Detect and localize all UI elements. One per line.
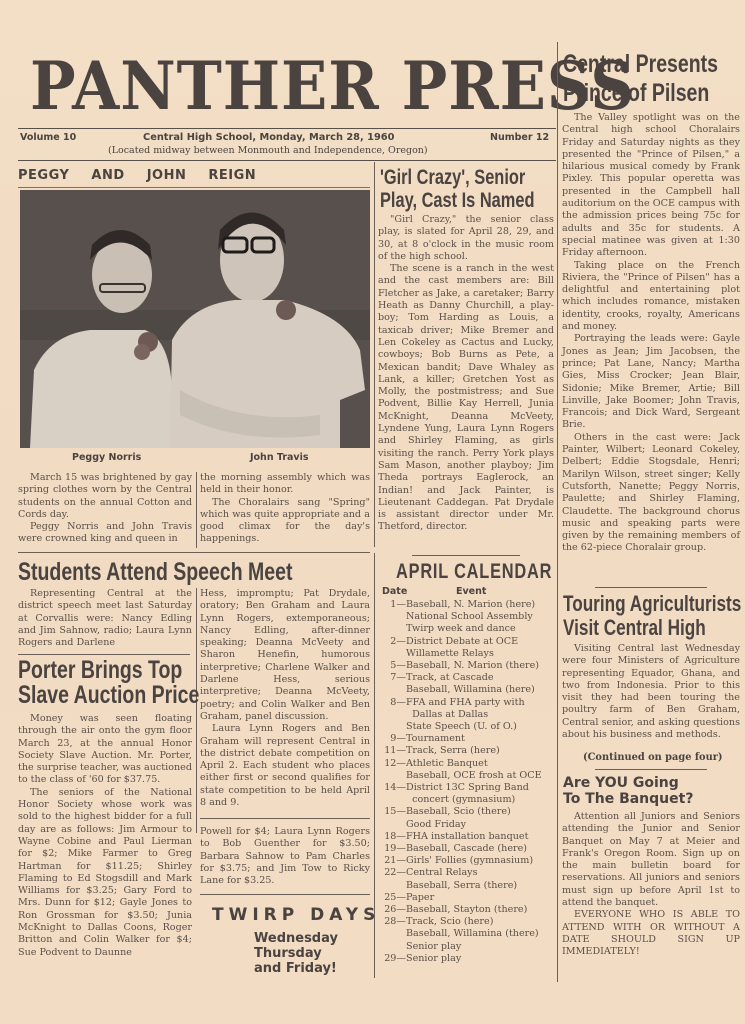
banquet-caps-paragraph: EVERYONE WHO IS ABLE TO ATTEND WITH OR W… (562, 909, 740, 958)
reign-paragraph: the morning assembly which was held in t… (200, 472, 370, 497)
calendar-event: Track, Scio (here) (406, 916, 558, 928)
agri-headline-line2: Visit Central High (563, 616, 741, 640)
girl-crazy-paragraph: The scene is a ranch in the west and the… (378, 263, 554, 534)
photo-caption-john: John Travis (250, 452, 309, 463)
calendar-row: 11—Track, Serra (here) (378, 745, 558, 757)
masthead-rule-top (18, 128, 556, 129)
reign-story-col2: the morning assembly which was held in t… (200, 472, 370, 546)
location-line: (Located midway between Monmouth and Ind… (108, 145, 428, 156)
auction-paragraph: Powell for $4; Laura Lynn Rogers to Bob … (200, 826, 370, 887)
pilsen-paragraph: Portraying the leads were: Gayle Jones a… (562, 333, 740, 431)
king-queen-photo (20, 190, 370, 448)
calendar-date (378, 880, 406, 892)
calendar-event: Paper (406, 892, 558, 904)
calendar-event: District 13C Spring Band (406, 782, 558, 794)
volume-label: Volume 10 (20, 132, 76, 143)
calendar-event: Baseball, Serra (there) (406, 880, 558, 892)
calendar-date: 28— (378, 916, 406, 928)
auction-paragraph: The seniors of the National Honor Societ… (18, 787, 192, 959)
calendar-date (378, 794, 406, 806)
pilsen-headline-line2: Prince of Pilsen (563, 79, 718, 108)
calendar-row: 29—Senior play (378, 953, 558, 965)
twirp-days: Wednesday Thursday and Friday! (254, 931, 338, 976)
calendar-row: State Speech (U. of O.) (378, 721, 558, 733)
agri-rule (595, 769, 707, 770)
speech-story-col2: Hess, impromptu; Pat Drydale, oratory; B… (200, 588, 370, 809)
calendar-date (378, 819, 406, 831)
calendar-event: Senior play (406, 941, 558, 953)
calendar-row: 1—Baseball, N. Marion (here) (378, 599, 558, 611)
calendar-row: 5—Baseball, N. Marion (there) (378, 660, 558, 672)
calendar-row: Willamette Relays (378, 648, 558, 660)
banquet-paragraph: Attention all Juniors and Seniors attend… (562, 811, 740, 909)
issue-number: Number 12 (490, 132, 549, 143)
banquet-headline-line1: Are YOU Going (563, 775, 693, 791)
column-divider-middle-top (374, 162, 375, 547)
calendar-event: Tournament (406, 733, 558, 745)
calendar-date (378, 684, 406, 696)
speech-paragraph: Hess, impromptu; Pat Drydale, oratory; B… (200, 588, 370, 723)
reign-rule (18, 187, 370, 188)
calendar-date (378, 623, 406, 635)
calendar-date: 25— (378, 892, 406, 904)
calendar-row: Baseball, OCE frosh at OCE (378, 770, 558, 782)
calendar-event: Twirp week and dance (406, 623, 558, 635)
calendar-row: Dallas at Dallas (378, 709, 558, 721)
calendar-row: 15—Baseball, Scio (there) (378, 806, 558, 818)
reign-bottom-rule (18, 552, 370, 553)
speech-headline: Students Attend Speech Meet (18, 558, 292, 587)
calendar-row: 18—FHA installation banquet (378, 831, 558, 843)
calendar-date: 12— (378, 758, 406, 770)
calendar-date: 1— (378, 599, 406, 611)
auction-paragraph: Money was seen floating through the air … (18, 713, 192, 787)
twirp-day: Wednesday (254, 931, 338, 946)
calendar-row: Baseball, Willamina (there) (378, 928, 558, 940)
calendar-event: Baseball, Stayton (there) (406, 904, 558, 916)
calendar-date: 15— (378, 806, 406, 818)
calendar-date: 8— (378, 697, 406, 709)
photo-illustration (20, 190, 370, 448)
calendar-event: Central Relays (406, 867, 558, 879)
calendar-event: National School Assembly (406, 611, 558, 623)
calendar-event: Willamette Relays (406, 648, 558, 660)
calendar-date: 18— (378, 831, 406, 843)
reign-paragraph: March 15 was brightened by gay spring cl… (18, 472, 192, 521)
calendar-row: Good Friday (378, 819, 558, 831)
calendar-row: 14—District 13C Spring Band (378, 782, 558, 794)
school-date-line: Central High School, Monday, March 28, 1… (143, 132, 394, 143)
calendar-event: Track, Serra (here) (406, 745, 558, 757)
newspaper-page: PANTHER PRESS Volume 10 Central High Sch… (0, 0, 745, 1024)
twirp-title: TWIRP DAYS (212, 905, 380, 925)
calendar-date (378, 928, 406, 940)
calendar-date: 2— (378, 636, 406, 648)
calendar-row: 2—District Debate at OCE (378, 636, 558, 648)
auction-headline-line1: Porter Brings Top (18, 658, 199, 683)
calendar-row: concert (gymnasium) (378, 794, 558, 806)
calendar-event-header: Event (456, 586, 486, 597)
calendar-row: Baseball, Serra (there) (378, 880, 558, 892)
calendar-date (378, 770, 406, 782)
calendar-event: FFA and FHA party with (406, 697, 558, 709)
pilsen-rule (595, 587, 707, 588)
calendar-event: Dallas at Dallas (406, 709, 558, 721)
girl-crazy-story: "Girl Crazy," the senior class play, is … (378, 214, 554, 534)
calendar-row: 25—Paper (378, 892, 558, 904)
calendar-date: 9— (378, 733, 406, 745)
calendar-event: Track, at Cascade (406, 672, 558, 684)
agri-headline: Touring Agriculturists Visit Central Hig… (563, 592, 741, 640)
masthead-rule-bottom (18, 160, 556, 161)
agri-headline-line1: Touring Agriculturists (563, 592, 741, 616)
girl-crazy-rule (412, 555, 520, 556)
calendar-header: Date Event (382, 586, 554, 597)
auction-story: Money was seen floating through the air … (18, 713, 192, 959)
calendar-event: Baseball, Cascade (here) (406, 843, 558, 855)
calendar-event: Baseball, N. Marion (here) (406, 599, 558, 611)
calendar-event: Senior play (406, 953, 558, 965)
reign-paragraph: Peggy Norris and John Travis were crowne… (18, 521, 192, 546)
banquet-headline-line2: To The Banquet? (563, 791, 693, 807)
calendar-event: Baseball, Willamina (here) (406, 684, 558, 696)
twirp-day: Thursday (254, 946, 338, 961)
calendar-date: 26— (378, 904, 406, 916)
calendar-row: Twirp week and dance (378, 623, 558, 635)
calendar-event: Girls' Follies (gymnasium) (406, 855, 558, 867)
reign-col-divider (196, 472, 197, 548)
reign-story-col1: March 15 was brightened by gay spring cl… (18, 472, 192, 546)
photo-caption-peggy: Peggy Norris (72, 452, 141, 463)
calendar-row: 19—Baseball, Cascade (here) (378, 843, 558, 855)
reign-headline: PEGGY AND JOHN REIGN (18, 168, 256, 183)
speech-col-divider (196, 588, 197, 833)
pilsen-headline-line1: Central Presents (563, 50, 718, 79)
masthead-title: PANTHER PRESS (30, 46, 499, 126)
calendar-row: 7—Track, at Cascade (378, 672, 558, 684)
calendar-event: Baseball, Willamina (there) (406, 928, 558, 940)
calendar-date: 29— (378, 953, 406, 965)
calendar-event: District Debate at OCE (406, 636, 558, 648)
calendar-date: 11— (378, 745, 406, 757)
speech-story-col1: Representing Central at the district spe… (18, 588, 192, 649)
girl-crazy-paragraph: "Girl Crazy," the senior class play, is … (378, 214, 554, 263)
calendar-event: Baseball, Scio (there) (406, 806, 558, 818)
banquet-headline: Are YOU Going To The Banquet? (563, 775, 693, 807)
calendar-date (378, 709, 406, 721)
pilsen-paragraph: Taking place on the French Riviera, the … (562, 260, 740, 334)
calendar-date (378, 648, 406, 660)
agri-paragraph: Visiting Central last Wednesday were fou… (562, 643, 740, 741)
calendar-row: 8—FFA and FHA party with (378, 697, 558, 709)
calendar-row: 22—Central Relays (378, 867, 558, 879)
calendar-row: Baseball, Willamina (here) (378, 684, 558, 696)
calendar-row: 28—Track, Scio (here) (378, 916, 558, 928)
calendar-event: FHA installation banquet (406, 831, 558, 843)
calendar-event: Good Friday (406, 819, 558, 831)
banquet-story: Attention all Juniors and Seniors attend… (562, 811, 740, 959)
calendar-date: 22— (378, 867, 406, 879)
calendar-row: 26—Baseball, Stayton (there) (378, 904, 558, 916)
calendar-event: Baseball, OCE frosh at OCE (406, 770, 558, 782)
calendar-row: National School Assembly (378, 611, 558, 623)
auction-headline: Porter Brings Top Slave Auction Price (18, 658, 199, 708)
calendar-row: 21—Girls' Follies (gymnasium) (378, 855, 558, 867)
calendar-date (378, 611, 406, 623)
girl-crazy-headline-line2: Play, Cast Is Named (380, 189, 534, 212)
agri-story: Visiting Central last Wednesday were fou… (562, 643, 740, 741)
calendar-date (378, 941, 406, 953)
calendar-date: 7— (378, 672, 406, 684)
auction-headline-line2: Slave Auction Price (18, 683, 199, 708)
twirp-day: and Friday! (254, 961, 338, 976)
calendar-date: 5— (378, 660, 406, 672)
pilsen-story: The Valley spotlight was on the Central … (562, 112, 740, 555)
calendar-row: Senior play (378, 941, 558, 953)
calendar-row: 12—Athletic Banquet (378, 758, 558, 770)
pilsen-paragraph: Others in the cast were: Jack Painter, W… (562, 432, 740, 555)
calendar-date: 21— (378, 855, 406, 867)
calendar-event: Athletic Banquet (406, 758, 558, 770)
calendar-headline: APRIL CALENDAR (396, 560, 552, 584)
pilsen-headline: Central Presents Prince of Pilsen (563, 50, 718, 108)
calendar-date (378, 721, 406, 733)
twirp-rule (200, 894, 370, 895)
speech-bottom-rule (18, 654, 190, 655)
calendar-date: 19— (378, 843, 406, 855)
girl-crazy-headline: 'Girl Crazy', Senior Play, Cast Is Named (380, 166, 534, 212)
reign-paragraph: The Choralairs sang "Spring" which was q… (200, 497, 370, 546)
speech-paragraph: Laura Lynn Rogers and Ben Graham will re… (200, 723, 370, 809)
calendar-list: 1—Baseball, N. Marion (here)National Sch… (378, 599, 558, 965)
speech-paragraph: Representing Central at the district spe… (18, 588, 192, 649)
calendar-event: State Speech (U. of O.) (406, 721, 558, 733)
auction-story-continued: Powell for $4; Laura Lynn Rogers to Bob … (200, 826, 370, 887)
pilsen-paragraph: The Valley spotlight was on the Central … (562, 112, 740, 260)
calendar-event: concert (gymnasium) (406, 794, 558, 806)
agri-continued-link[interactable]: (Continued on page four) (583, 752, 723, 763)
calendar-row: 9—Tournament (378, 733, 558, 745)
girl-crazy-headline-line1: 'Girl Crazy', Senior (380, 166, 534, 189)
auction-jump-rule (200, 818, 370, 819)
calendar-event: Baseball, N. Marion (there) (406, 660, 558, 672)
calendar-date-header: Date (382, 586, 407, 597)
calendar-date: 14— (378, 782, 406, 794)
